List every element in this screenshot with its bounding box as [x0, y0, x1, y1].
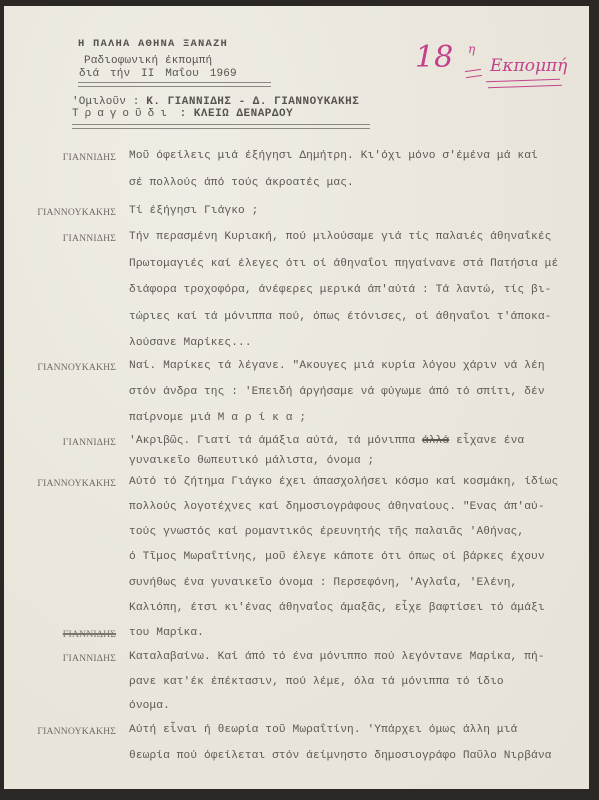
- speaker-label: ΓΙΑΝΝΙΔΗΣ: [0, 437, 116, 448]
- dialogue-line: Τί έξήγησι Γιάγκο ;: [129, 205, 258, 217]
- dialogue-line: ό Τῖμος Μωραΐτίνης, μοῦ έλεγε κάποτε ότι…: [129, 551, 545, 563]
- dialogue-line: πολλούς λογοτέχνες καί δημοσιογράφους άθ…: [129, 501, 545, 513]
- header-rule-bottom: [72, 124, 370, 129]
- struck-word: άλλά: [422, 435, 449, 447]
- dialogue-line: γυναικεῖο θωπευτικό μάλιστα, όνομα ;: [129, 455, 374, 467]
- dialogue-line: Τήν περασμένη Κυριακή, πού μιλούσαμε γιά…: [129, 231, 551, 243]
- dialogue-line: διάφορα τροχοφόρα, άνέφερες μερικά άπ'αύ…: [129, 284, 551, 296]
- speaker-label: ΓΙΑΝΝΟΥΚΑΚΗΣ: [0, 726, 116, 737]
- speaker-label: ΓΙΑΝΝΟΥΚΑΚΗΣ: [0, 207, 116, 218]
- dialogue-line: Αύτό τό ζήτημα Γιάγκο έχει άπασχολήσει κ…: [129, 476, 558, 488]
- song-label: Τραγοῦδι: [72, 108, 173, 120]
- dialogue-line: Καταλαβαίνω. Καί άπό τό ένα μόνιππο πού …: [129, 651, 545, 663]
- song-value: : ΚΛΕΙΩ ΔΕΝΑΡΔΟΥ: [180, 108, 294, 120]
- document-title: Η ΠΑΛΗΑ ΑΘΗΝΑ ΞΑΝΑΖΗ: [78, 38, 228, 50]
- dialogue-line: λούσανε Μαρίκες...: [129, 337, 252, 349]
- handwritten-number: 18: [415, 40, 453, 75]
- speaker-label: ΓΙΑΝΝΙΔΗΣ: [0, 653, 116, 664]
- dialogue-line: θεωρία πού όφείλεται στόν άείμνηστο δημο…: [129, 750, 551, 762]
- dialogue-line: σέ πολλούς άπό τούς άκροατές μας.: [129, 177, 354, 189]
- speakers-label: 'Ομιλοῦν :: [72, 96, 140, 108]
- dialogue-line: Πρωτομαγιές καί έλεγες ότι οί άθηναΐοι π…: [129, 258, 558, 270]
- speaker-label: ΓΙΑΝΝΟΥΚΑΚΗΣ: [0, 478, 116, 489]
- speaker-label: ΓΙΑΝΝΟΥΚΑΚΗΣ: [0, 362, 116, 373]
- handwritten-word: Εκπομπή: [490, 56, 567, 76]
- dialogue-line: Ναί. Μαρίκες τά λέγανε. "Ακουγες μιά κυρ…: [129, 360, 545, 372]
- speaker-label: ΓΙΑΝΝΙΔΗΣ: [0, 152, 116, 163]
- document-subtitle: Ραδιοφωνική έκπομπή: [84, 55, 212, 67]
- dialogue-line: τώριες καί τά μόνιππα πού, όπως έτόνισες…: [129, 311, 551, 323]
- dialogue-line: Καλιόπη, έτσι κι'ένας άθηναΐος άμαξᾶς, ε…: [129, 602, 545, 614]
- song-line: Τραγοῦδι : ΚΛΕΙΩ ΔΕΝΑΡΔΟΥ: [72, 108, 293, 120]
- speaker-label: ΓΙΑΝΝΙΔΗΣ: [0, 233, 116, 244]
- struck-speaker-label: ΓΙΑΝΝΙΔΗΣ: [0, 629, 116, 640]
- dialogue-line: όνομα.: [129, 700, 170, 712]
- dialogue-line: παίρνομε μιά Μ α ρ ί κ α ;: [129, 412, 306, 424]
- speakers-value: Κ. ΓΙΑΝΝΙΔΗΣ - Δ. ΓΙΑΝΝΟΥΚΑΚΗΣ: [146, 96, 359, 108]
- handwritten-superscript: η: [468, 42, 475, 56]
- dialogue-line: Αύτή εἶναι ή θεωρία τοῦ Μωραΐτίνη. 'Υπάρ…: [129, 724, 517, 736]
- speakers-line: 'Ομιλοῦν : Κ. ΓΙΑΝΝΙΔΗΣ - Δ. ΓΙΑΝΝΟΥΚΑΚΗ…: [72, 96, 359, 108]
- header-rule-top: [78, 82, 271, 87]
- broadcast-date: διά τήν ΙΙ Μαΐου 1969: [79, 68, 237, 80]
- dialogue-line: τούς γνωστός καί ρομαντικός έρευνητής τῆ…: [129, 526, 524, 538]
- dialogue-line: Μοῦ όφείλεις μιά έξήγησι Δημήτρη. Κι'όχι…: [129, 150, 538, 162]
- dialogue-line: 'Ακριβῶς. Γιατί τά άμάξια αύτά, τά μόνιπ…: [129, 435, 524, 447]
- dialogue-line: ρανε κατ'έκ έπέκτασιν, πού λέμε, όλα τά …: [129, 676, 504, 688]
- dialogue-line: συνήθως ένα γυναικεῖο όνομα : Περσεφόνη,…: [129, 577, 517, 589]
- dialogue-line: του Μαρίκα.: [129, 627, 204, 639]
- dialogue-line: στόν άνδρα της : 'Επειδή άργήσαμε νά φύγ…: [129, 386, 545, 398]
